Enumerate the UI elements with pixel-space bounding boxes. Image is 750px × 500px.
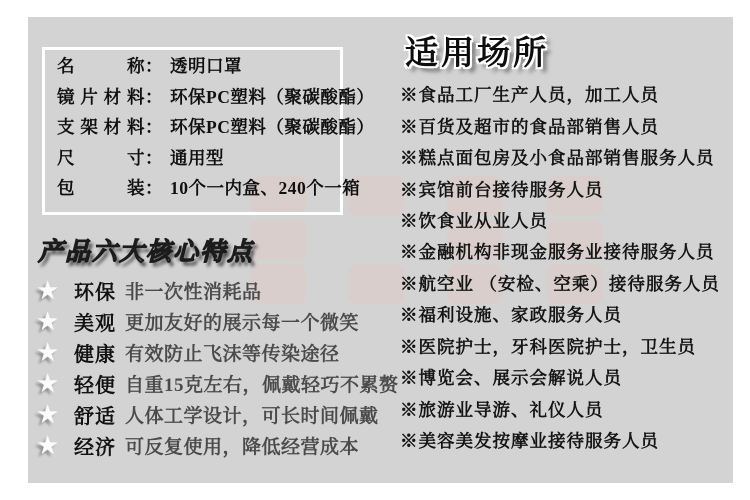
spec-row-size: 尺寸：通用型 (57, 143, 340, 174)
feature-row-economy: ★ 经济 可反复使用，降低经营成本 (36, 430, 399, 461)
spec-row-name: 名称：透明口罩 (57, 51, 340, 82)
spec-row-lens-material: 镜片材料：环保PC塑料（聚碳酸酯） (57, 82, 340, 113)
venue-item: ※饮食业从业人员 (400, 205, 720, 236)
feature-row-comfort: ★ 舒适 人体工学设计，可长时间佩戴 (36, 399, 399, 430)
feature-row-light: ★ 轻便 自重15克左右，佩戴轻巧不累赘 (36, 368, 399, 399)
venue-item: ※宾馆前台接待服务人员 (400, 173, 720, 204)
feature-desc: 有效防止飞沫等传染途径 (125, 339, 340, 366)
spec-value: 环保PC塑料（聚碳酸酯） (170, 87, 374, 107)
feature-row-beauty: ★ 美观 更加友好的展示每一个微笑 (36, 306, 399, 337)
features-section-title: 产品六大核心特点 (38, 232, 254, 268)
feature-name: 轻便 (74, 369, 116, 398)
feature-desc: 可反复使用，降低经营成本 (125, 432, 359, 459)
spec-value: 环保PC塑料（聚碳酸酯） (170, 117, 374, 137)
star-icon: ★ (36, 402, 66, 428)
venue-item: ※百货及超市的食品部销售人员 (400, 110, 720, 141)
spec-colon: ： (145, 112, 163, 143)
spec-label: 镜片材料 (57, 82, 145, 113)
venues-section-title: 适用场所 (405, 27, 549, 74)
venue-item: ※航空业 （安检、空乘）接待服务人员 (400, 268, 720, 299)
venue-item: ※福利设施、家政服务人员 (400, 299, 720, 330)
spec-label: 名称 (57, 51, 145, 82)
watermark-block (250, 220, 306, 260)
venues-list: ※食品工厂生产人员，加工人员 ※百货及超市的食品部销售人员 ※糕点面包房及小食品… (400, 79, 720, 456)
spec-value: 通用型 (170, 148, 224, 168)
feature-name: 健康 (74, 338, 116, 367)
spec-value: 10个一内盒、240个一箱 (170, 178, 360, 198)
feature-row-health: ★ 健康 有效防止飞沫等传染途径 (36, 337, 399, 368)
spec-label: 支架材料 (57, 112, 145, 143)
venue-item: ※博览会、展示会解说人员 (400, 362, 720, 393)
features-list: ★ 环保 非一次性消耗品 ★ 美观 更加友好的展示每一个微笑 ★ 健康 有效防止… (36, 275, 399, 461)
star-icon: ★ (36, 433, 66, 459)
star-icon: ★ (36, 278, 66, 304)
feature-name: 美观 (74, 307, 116, 336)
feature-desc: 自重15克左右，佩戴轻巧不累赘 (125, 370, 399, 397)
spec-label: 尺寸 (57, 143, 145, 174)
venue-item: ※金融机构非现金服务业接待服务人员 (400, 236, 720, 267)
feature-name: 舒适 (74, 400, 116, 429)
spec-label: 包装 (57, 173, 145, 204)
feature-desc: 更加友好的展示每一个微笑 (125, 308, 359, 335)
feature-desc: 非一次性消耗品 (125, 277, 262, 304)
star-icon: ★ (36, 340, 66, 366)
feature-name: 环保 (74, 276, 116, 305)
spec-row-frame-material: 支架材料：环保PC塑料（聚碳酸酯） (57, 112, 340, 143)
content-panel: 名称：透明口罩 镜片材料：环保PC塑料（聚碳酸酯） 支架材料：环保PC塑料（聚碳… (28, 17, 733, 483)
feature-name: 经济 (74, 431, 116, 460)
venue-item: ※美容美发按摩业接待服务人员 (400, 425, 720, 456)
venue-item: ※旅游业导游、礼仪人员 (400, 393, 720, 424)
product-spec-box: 名称：透明口罩 镜片材料：环保PC塑料（聚碳酸酯） 支架材料：环保PC塑料（聚碳… (42, 47, 343, 215)
spec-value: 透明口罩 (170, 56, 242, 76)
spec-colon: ： (145, 51, 163, 82)
venue-item: ※医院护士，牙科医院护士，卫生员 (400, 331, 720, 362)
venue-item: ※糕点面包房及小食品部销售服务人员 (400, 142, 720, 173)
venue-item: ※食品工厂生产人员，加工人员 (400, 79, 720, 110)
feature-row-eco: ★ 环保 非一次性消耗品 (36, 275, 399, 306)
spec-colon: ： (145, 173, 163, 204)
feature-desc: 人体工学设计，可长时间佩戴 (125, 401, 379, 428)
star-icon: ★ (36, 371, 66, 397)
spec-colon: ： (145, 143, 163, 174)
product-detail-image: 名称：透明口罩 镜片材料：环保PC塑料（聚碳酸酯） 支架材料：环保PC塑料（聚碳… (0, 0, 750, 500)
star-icon: ★ (36, 309, 66, 335)
spec-colon: ： (145, 82, 163, 113)
spec-row-packing: 包装：10个一内盒、240个一箱 (57, 173, 340, 204)
